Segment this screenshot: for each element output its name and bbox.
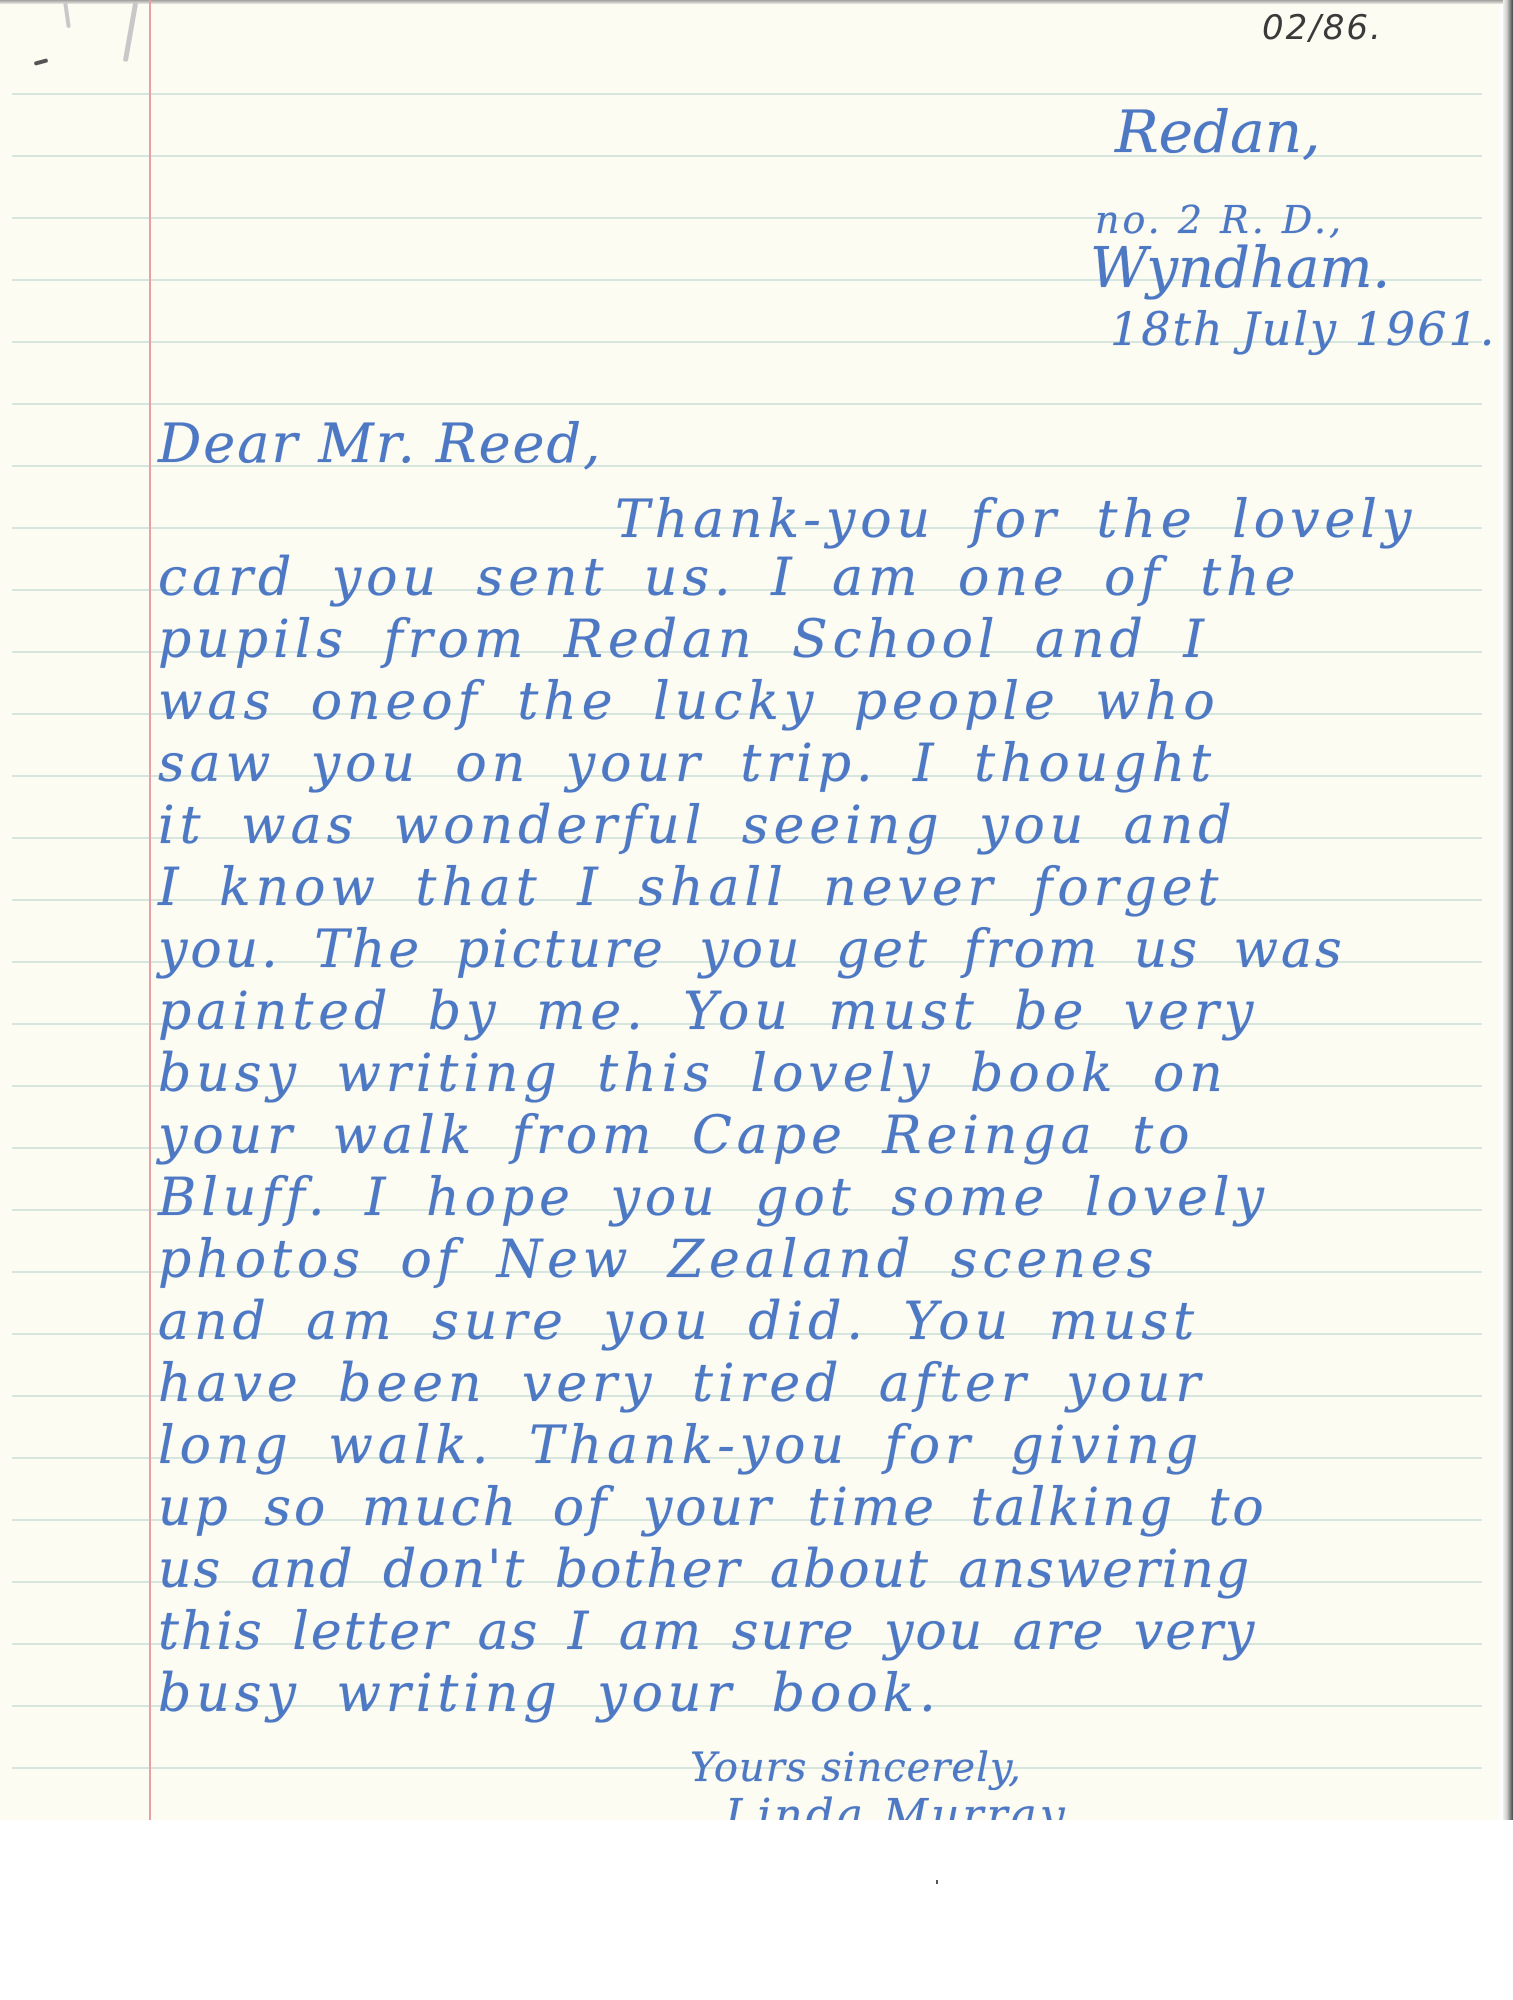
scan-mark [63, 2, 71, 28]
archive-reference: 02/86. [1262, 8, 1383, 48]
body-line: busy writing your book. [158, 1664, 941, 1724]
scan-speck [936, 1880, 938, 1884]
scan-top-edge [0, 0, 1513, 4]
body-line: was oneof the lucky people who [158, 672, 1220, 732]
body-line: saw you on your trip. I thought [158, 734, 1216, 794]
body-line: us and don't bother about answering [158, 1540, 1251, 1600]
scan-blank-area [0, 1820, 1513, 2000]
body-line: and am sure you did. You must [158, 1292, 1199, 1352]
ruled-line [12, 403, 1482, 405]
closing: Yours sincerely, [690, 1745, 1022, 1791]
ruled-line [12, 93, 1482, 95]
body-line: it was wonderful seeing you and [158, 796, 1237, 856]
salutation: Dear Mr. Reed, [158, 412, 602, 475]
body-line: painted by me. You must be very [158, 982, 1258, 1042]
scan-mark [34, 58, 49, 65]
scan-right-edge [1503, 0, 1513, 1820]
address-line-1: Redan, [1115, 98, 1321, 166]
body-line: long walk. Thank-you for giving [158, 1416, 1203, 1476]
letter-page: 02/86. Redan, no. 2 R. D., Wyndham. 18th… [0, 0, 1500, 1820]
body-line: up so much of your time talking to [158, 1478, 1267, 1538]
scan-mark [123, 2, 138, 62]
letter-date: 18th July 1961. [1110, 302, 1496, 356]
body-line: Bluff. I hope you got some lovely [158, 1168, 1269, 1228]
body-line: you. The picture you get from us was [158, 920, 1345, 980]
body-line: have been very tired after your [158, 1354, 1205, 1414]
body-line: this letter as I am sure you are very [158, 1602, 1256, 1662]
body-line: pupils from Redan School and I [158, 610, 1209, 670]
body-line: your walk from Cape Reinga to [158, 1106, 1194, 1166]
margin-line [149, 0, 151, 1820]
body-line: I know that I shall never forget [158, 858, 1223, 918]
body-line: Thank-you for the lovely [615, 490, 1416, 550]
body-line: photos of New Zealand scenes [158, 1230, 1158, 1290]
body-line: busy writing this lovely book on [158, 1044, 1228, 1104]
body-line: card you sent us. I am one of the [158, 548, 1300, 608]
address-line-3: Wyndham. [1090, 236, 1390, 301]
